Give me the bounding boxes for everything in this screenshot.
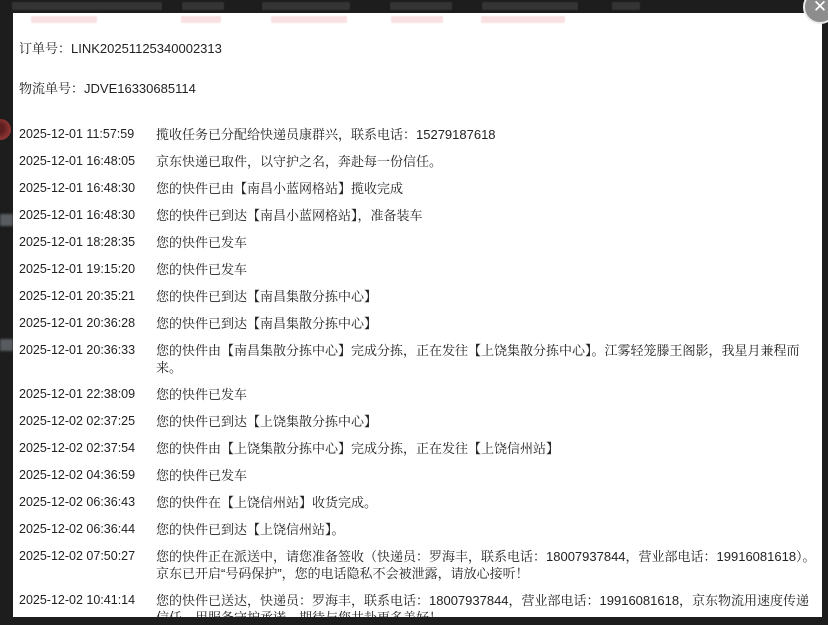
table-row: 2025-12-01 18:28:35 您的快件已发车 <box>19 229 816 256</box>
event-message: 您的快件已发车 <box>156 256 816 283</box>
modal-ghost-artifact <box>31 16 97 23</box>
event-time: 2025-12-01 19:15:20 <box>19 256 156 283</box>
event-message: 京东快递已取件，以守护之名，奔赴每一份信任。 <box>156 148 816 175</box>
event-message: 您的快件已到达【南昌集散分拣中心】 <box>156 283 816 310</box>
event-message: 您的快件已送达，快递员：罗海丰，联系电话：18007937844，营业部电话：1… <box>156 587 816 617</box>
table-row: 2025-12-02 07:50:27 您的快件正在派送中，请您准备签收（快递员… <box>19 543 816 587</box>
page-background: { "modal": { "order_label": "订单号：", "ord… <box>0 0 828 625</box>
table-row: 2025-12-02 06:36:43 您的快件在【上饶信州站】收货完成。 <box>19 489 816 516</box>
event-time: 2025-12-02 02:37:25 <box>19 408 156 435</box>
table-row: 2025-12-01 22:38:09 您的快件已发车 <box>19 381 816 408</box>
event-time: 2025-12-01 11:57:59 <box>19 121 156 148</box>
table-row: 2025-12-02 10:41:14 您的快件已送达，快递员：罗海丰，联系电话… <box>19 587 816 617</box>
modal-ghost-artifact <box>181 16 221 23</box>
modal-ghost-artifact <box>391 16 443 23</box>
table-row: 2025-12-01 19:15:20 您的快件已发车 <box>19 256 816 283</box>
event-time: 2025-12-01 20:35:21 <box>19 283 156 310</box>
backdrop-ghost-text <box>0 214 13 226</box>
tracking-events-table: 2025-12-01 11:57:59 揽收任务已分配给快递员康群兴，联系电话：… <box>19 121 816 617</box>
event-time: 2025-12-02 06:36:43 <box>19 489 156 516</box>
table-row: 2025-12-02 02:37:25 您的快件已到达【上饶集散分拣中心】 <box>19 408 816 435</box>
modal-ghost-artifact <box>481 16 565 23</box>
event-time: 2025-12-02 06:36:44 <box>19 516 156 543</box>
backdrop-floating-badge-icon <box>0 119 11 140</box>
event-time: 2025-12-02 07:50:27 <box>19 543 156 587</box>
table-row: 2025-12-02 06:36:44 您的快件已到达【上饶信州站】。 <box>19 516 816 543</box>
close-icon: ✕ <box>813 0 827 16</box>
event-time: 2025-12-02 10:41:14 <box>19 587 156 617</box>
order-number-value: LINK20251125340002313 <box>71 41 222 56</box>
modal-ghost-artifact <box>271 16 347 23</box>
table-row: 2025-12-01 16:48:05 京东快递已取件，以守护之名，奔赴每一份信… <box>19 148 816 175</box>
event-message: 您的快件由【上饶集散分拣中心】完成分拣，正在发往【上饶信州站】 <box>156 435 816 462</box>
event-time: 2025-12-01 16:48:30 <box>19 175 156 202</box>
event-time: 2025-12-01 20:36:28 <box>19 310 156 337</box>
backdrop-ghost-text <box>0 339 13 351</box>
tracking-table-body: 2025-12-01 11:57:59 揽收任务已分配给快递员康群兴，联系电话：… <box>19 121 816 617</box>
event-message: 您的快件已发车 <box>156 381 816 408</box>
event-time: 2025-12-01 22:38:09 <box>19 381 156 408</box>
table-row: 2025-12-01 20:36:28 您的快件已到达【南昌集散分拣中心】 <box>19 310 816 337</box>
backdrop-ghost-nav <box>390 2 452 10</box>
tracking-number-value: JDVE16330685114 <box>84 81 196 96</box>
tracking-modal: 订单号：LINK20251125340002313 物流单号：JDVE16330… <box>13 13 822 617</box>
tracking-number-label: 物流单号： <box>19 81 84 96</box>
backdrop-ghost-nav <box>182 2 224 10</box>
event-message: 您的快件已由【南昌小蓝网格站】揽收完成 <box>156 175 816 202</box>
event-time: 2025-12-02 02:37:54 <box>19 435 156 462</box>
table-row: 2025-12-01 11:57:59 揽收任务已分配给快递员康群兴，联系电话：… <box>19 121 816 148</box>
table-row: 2025-12-01 16:48:30 您的快件已到达【南昌小蓝网格站】，准备装… <box>19 202 816 229</box>
backdrop-ghost-nav <box>12 2 162 10</box>
event-message: 您的快件已到达【南昌集散分拣中心】 <box>156 310 816 337</box>
event-message: 您的快件已到达【上饶信州站】。 <box>156 516 816 543</box>
event-message: 您的快件已发车 <box>156 462 816 489</box>
table-row: 2025-12-02 04:36:59 您的快件已发车 <box>19 462 816 489</box>
order-number-label: 订单号： <box>19 41 71 56</box>
event-message: 您的快件已发车 <box>156 229 816 256</box>
event-message: 您的快件由【南昌集散分拣中心】完成分拣，正在发往【上饶集散分拣中心】。江雾轻笼滕… <box>156 337 816 381</box>
table-row: 2025-12-01 16:48:30 您的快件已由【南昌小蓝网格站】揽收完成 <box>19 175 816 202</box>
backdrop-ghost-nav <box>482 2 578 10</box>
event-message: 您的快件已到达【上饶集散分拣中心】 <box>156 408 816 435</box>
event-time: 2025-12-02 04:36:59 <box>19 462 156 489</box>
event-message: 您的快件在【上饶信州站】收货完成。 <box>156 489 816 516</box>
table-row: 2025-12-01 20:36:33 您的快件由【南昌集散分拣中心】完成分拣，… <box>19 337 816 381</box>
event-message: 揽收任务已分配给快递员康群兴，联系电话：15279187618 <box>156 121 816 148</box>
event-time: 2025-12-01 16:48:30 <box>19 202 156 229</box>
event-time: 2025-12-01 20:36:33 <box>19 337 156 381</box>
backdrop-ghost-nav <box>612 2 640 10</box>
order-number-line: 订单号：LINK20251125340002313 <box>19 40 816 57</box>
event-message: 您的快件已到达【南昌小蓝网格站】，准备装车 <box>156 202 816 229</box>
table-row: 2025-12-01 20:35:21 您的快件已到达【南昌集散分拣中心】 <box>19 283 816 310</box>
event-time: 2025-12-01 18:28:35 <box>19 229 156 256</box>
event-message: 您的快件正在派送中，请您准备签收（快递员：罗海丰，联系电话：1800793784… <box>156 543 816 587</box>
table-row: 2025-12-02 02:37:54 您的快件由【上饶集散分拣中心】完成分拣，… <box>19 435 816 462</box>
event-time: 2025-12-01 16:48:05 <box>19 148 156 175</box>
tracking-number-line: 物流单号：JDVE16330685114 <box>19 80 816 97</box>
backdrop-ghost-nav <box>262 2 350 10</box>
